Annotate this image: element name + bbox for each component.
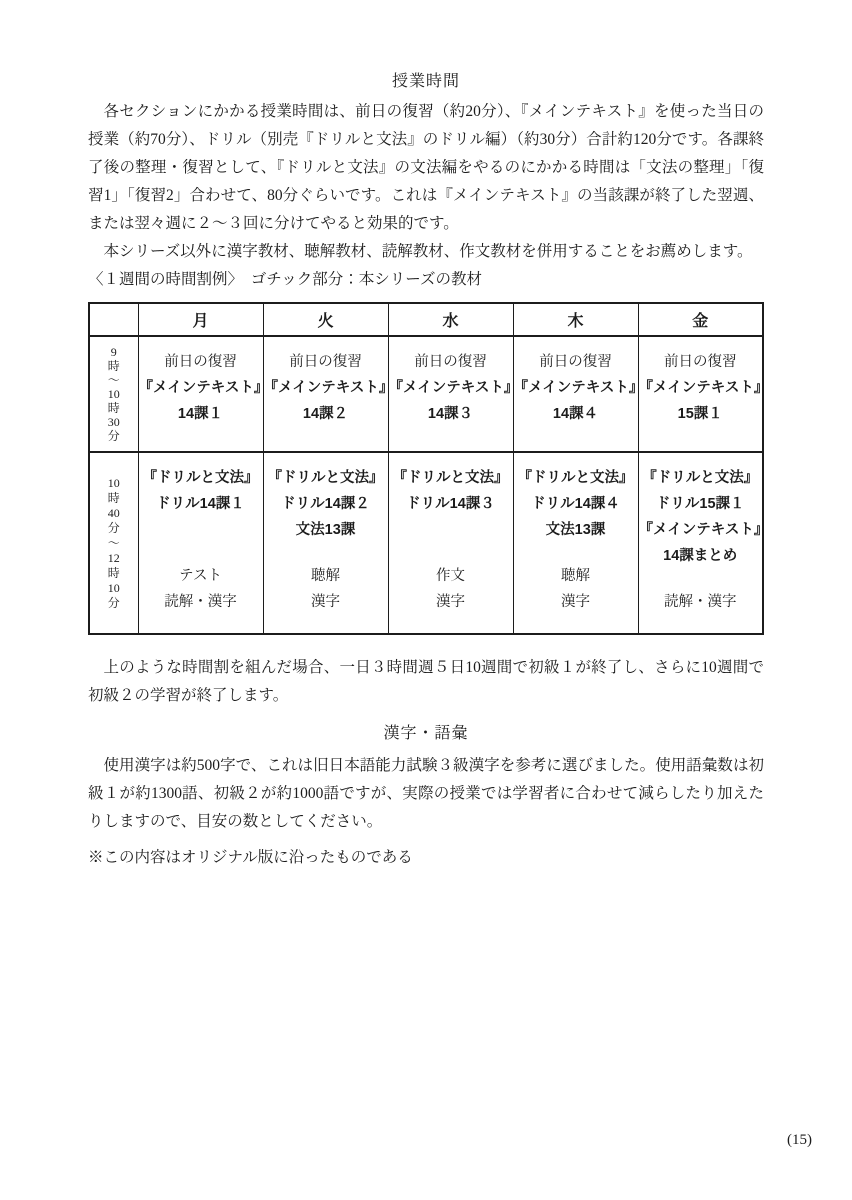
slot-lesson-line: 14課２ [264, 401, 388, 427]
weekly-timetable: 月 火 水 木 金 9 時 ～ 10 時 30 分 [88, 302, 764, 635]
slot-material-line: 『メインテキスト』 [639, 517, 763, 543]
paragraph-kanji-vocab: 使用漢字は約500字で、これは旧日本語能力試験３級漢字を参考に選びました。使用語… [88, 752, 764, 836]
slot-material-line: 『ドリルと文法』 [514, 465, 638, 491]
time-part: 時 [90, 359, 138, 373]
time-label-morning: 9 時 ～ 10 時 30 分 [89, 336, 138, 452]
slot-monday-late: 『ドリルと文法』 ドリル14課１ テスト 読解・漢字 [138, 452, 263, 634]
slot-activity-line: 読解・漢字 [139, 589, 263, 615]
time-part: 12 [90, 551, 138, 566]
slot-material-line: ドリル14課１ [139, 491, 263, 517]
time-part: 9 [90, 345, 138, 359]
slot-material-line: 『メインテキスト』 [139, 375, 263, 401]
slot-material-line: 『ドリルと文法』 [389, 465, 513, 491]
slot-friday-morning: 前日の復習 『メインテキスト』 15課１ [638, 336, 763, 452]
slot-activity-line: 漢字 [264, 589, 388, 615]
slot-wednesday-morning: 前日の復習 『メインテキスト』 14課３ [388, 336, 513, 452]
slot-activity-line: 漢字 [389, 589, 513, 615]
slot-lesson-line: 14課４ [514, 401, 638, 427]
time-part: 分 [90, 429, 138, 443]
slot-thursday-morning: 前日の復習 『メインテキスト』 14課４ [513, 336, 638, 452]
time-part: 30 [90, 415, 138, 429]
slot-monday-morning: 前日の復習 『メインテキスト』 14課１ [138, 336, 263, 452]
slot-activity-line: 読解・漢字 [639, 589, 763, 615]
slot-material-line: ドリル14課４ [514, 491, 638, 517]
slot-activity-line: テスト [139, 563, 263, 589]
slot-material-line: 『メインテキスト』 [389, 375, 513, 401]
day-header-monday: 月 [138, 303, 263, 336]
timetable-row-morning: 9 時 ～ 10 時 30 分 前日の復習 『メインテキスト』 14課１ [89, 336, 763, 452]
slot-review-line: 前日の復習 [514, 349, 638, 375]
day-header-thursday: 木 [513, 303, 638, 336]
slot-material-line: 14課まとめ [639, 543, 763, 569]
timetable-row-late-morning: 10 時 40 分 ～ 12 時 10 分 『ドリルと文法』 ドリル14課１ テ… [89, 452, 763, 634]
slot-lesson-line: 15課１ [639, 401, 763, 427]
slot-activity-line: 聴解 [264, 563, 388, 589]
slot-material-line: 文法13課 [264, 517, 388, 543]
page-number: (15) [787, 1130, 812, 1150]
footnote: ※この内容はオリジナル版に沿ったものである [88, 844, 764, 872]
slot-material-line: 『メインテキスト』 [264, 375, 388, 401]
slot-material-line: ドリル14課２ [264, 491, 388, 517]
paragraph-schedule-summary: 上のような時間割を組んだ場合、一日３時間週５日10週間で初級１が終了し、さらに1… [88, 654, 764, 710]
slot-wednesday-late: 『ドリルと文法』 ドリル14課３ 作文 漢字 [388, 452, 513, 634]
time-part: 10 [90, 387, 138, 401]
time-part: 10 [90, 581, 138, 596]
time-part: ～ [90, 373, 138, 387]
time-part: 時 [90, 491, 138, 506]
section-heading-kanji-vocab: 漢字・語彙 [88, 720, 764, 748]
slot-lesson-line: 14課１ [139, 401, 263, 427]
time-part: 40 [90, 506, 138, 521]
time-part: 時 [90, 566, 138, 581]
day-header-wednesday: 水 [388, 303, 513, 336]
slot-material-line: 『ドリルと文法』 [264, 465, 388, 491]
schedule-caption: 〈１週間の時間割例〉 ゴチック部分：本シリーズの教材 [88, 266, 764, 294]
slot-material-line: 『ドリルと文法』 [639, 465, 763, 491]
slot-material-line: 『メインテキスト』 [514, 375, 638, 401]
time-part: 時 [90, 401, 138, 415]
timetable-header-row: 月 火 水 木 金 [89, 303, 763, 336]
slot-material-line: 『メインテキスト』 [639, 375, 763, 401]
paragraph-class-time-2: 本シリーズ以外に漢字教材、聴解教材、読解教材、作文教材を併用することをお薦めしま… [88, 238, 764, 266]
slot-activity-line: 聴解 [514, 563, 638, 589]
slot-thursday-late: 『ドリルと文法』 ドリル14課４ 文法13課 聴解 漢字 [513, 452, 638, 634]
document-body: 授業時間 各セクションにかかる授業時間は、前日の復習（約20分）、『メインテキス… [88, 68, 764, 872]
time-label-late-morning: 10 時 40 分 ～ 12 時 10 分 [89, 452, 138, 634]
slot-activity-line: 漢字 [514, 589, 638, 615]
day-header-friday: 金 [638, 303, 763, 336]
slot-material-line: 文法13課 [514, 517, 638, 543]
slot-review-line: 前日の復習 [639, 349, 763, 375]
slot-lesson-line: 14課３ [389, 401, 513, 427]
time-part: 分 [90, 521, 138, 536]
slot-material-line: 『ドリルと文法』 [139, 465, 263, 491]
time-part: 10 [90, 476, 138, 491]
time-part: 分 [90, 596, 138, 611]
slot-review-line: 前日の復習 [389, 349, 513, 375]
slot-tuesday-morning: 前日の復習 『メインテキスト』 14課２ [263, 336, 388, 452]
slot-material-line: ドリル14課３ [389, 491, 513, 517]
slot-material-line: ドリル15課１ [639, 491, 763, 517]
slot-tuesday-late: 『ドリルと文法』 ドリル14課２ 文法13課 聴解 漢字 [263, 452, 388, 634]
slot-review-line: 前日の復習 [139, 349, 263, 375]
time-part: ～ [90, 536, 138, 551]
document-page: 授業時間 各セクションにかかる授業時間は、前日の復習（約20分）、『メインテキス… [0, 0, 852, 1200]
slot-review-line: 前日の復習 [264, 349, 388, 375]
paragraph-class-time-1: 各セクションにかかる授業時間は、前日の復習（約20分）、『メインテキスト』を使っ… [88, 98, 764, 238]
day-header-tuesday: 火 [263, 303, 388, 336]
section-heading-class-time: 授業時間 [88, 68, 764, 96]
slot-activity-line: 作文 [389, 563, 513, 589]
timetable-corner-cell [89, 303, 138, 336]
slot-friday-late: 『ドリルと文法』 ドリル15課１ 『メインテキスト』 14課まとめ 読解・漢字 [638, 452, 763, 634]
